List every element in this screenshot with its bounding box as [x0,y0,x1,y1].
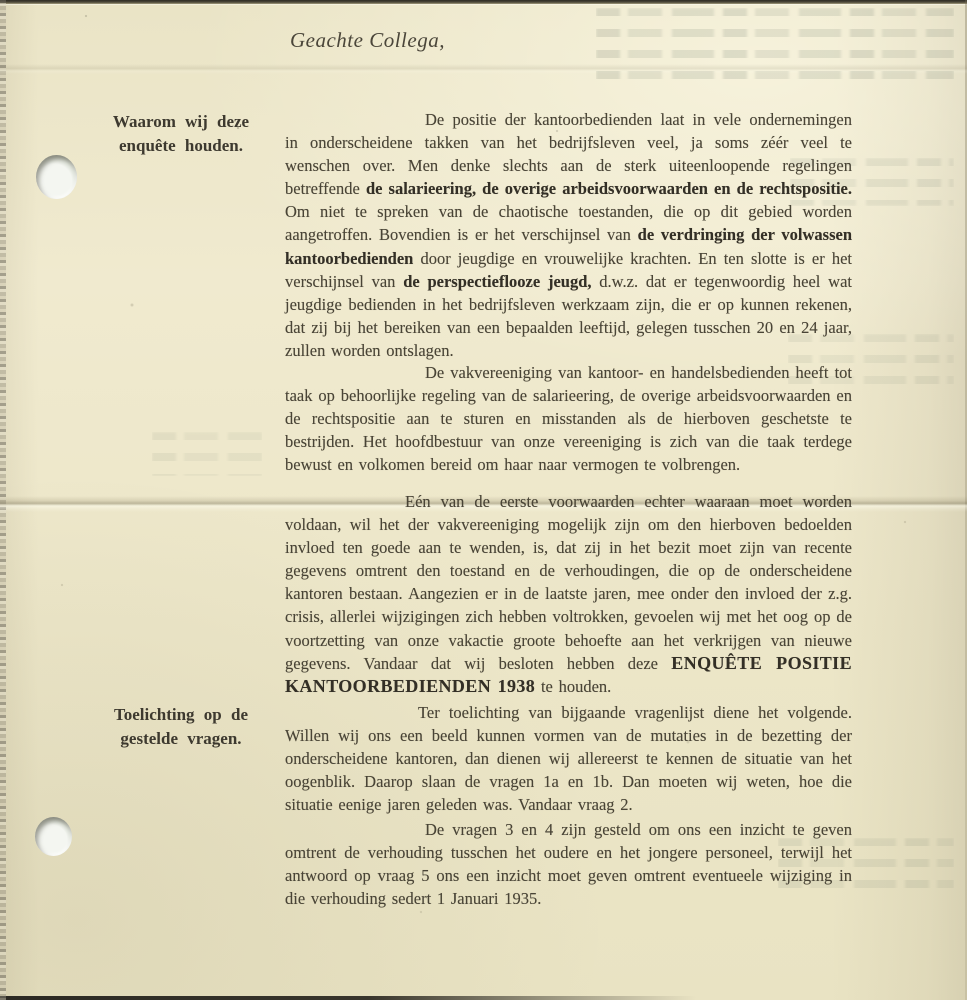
punch-hole-top [36,155,77,199]
margin-note-line: Waarom wij deze [95,110,267,134]
text-run: de salarieering, de overige arbeidsvoorw… [366,179,852,198]
text-run: te houden. [535,677,611,696]
paragraph-position-kantoorbedienden: De positie der kantoorbedienden laat in … [285,108,852,362]
margin-note-line: enquête houden. [95,134,267,158]
text-run: de perspectieflooze jeugd, [403,272,591,291]
text-run: De vragen 3 en 4 zijn gesteld om ons een… [285,820,852,908]
text-run: Eén van de eerste voorwaarden echter waa… [285,492,852,673]
text-run: De vakvereeniging van kantoor- en handel… [285,363,852,474]
paragraph-toelichting-vragen-1-2: Ter toelichting van bijgaande vragenlijs… [285,701,852,816]
letter-body: De positie der kantoorbedienden laat in … [285,0,852,1000]
scanned-letter-page: Geachte Collega, Waarom wij deze enquête… [0,0,967,1000]
margin-note-line: Toelichting op de [95,703,267,727]
text-run: Ter toelichting van bijgaande vragenlijs… [285,703,852,814]
ink-bleedthrough-left-margin [152,432,262,476]
paragraph-toelichting-vragen-3-5: De vragen 3 en 4 zijn gesteld om ons een… [285,818,852,910]
margin-note-line: gestelde vragen. [95,727,267,751]
margin-note-why-survey: Waarom wij deze enquête houden. [95,110,267,158]
margin-note-explanation-questions: Toelichting op de gestelde vragen. [95,703,267,751]
punch-hole-bottom [35,817,72,856]
paragraph-vakvereeniging-taak: De vakvereeniging van kantoor- en handel… [285,361,852,476]
paragraph-enquete-aankondiging: Eén van de eerste voorwaarden echter waa… [285,490,852,698]
